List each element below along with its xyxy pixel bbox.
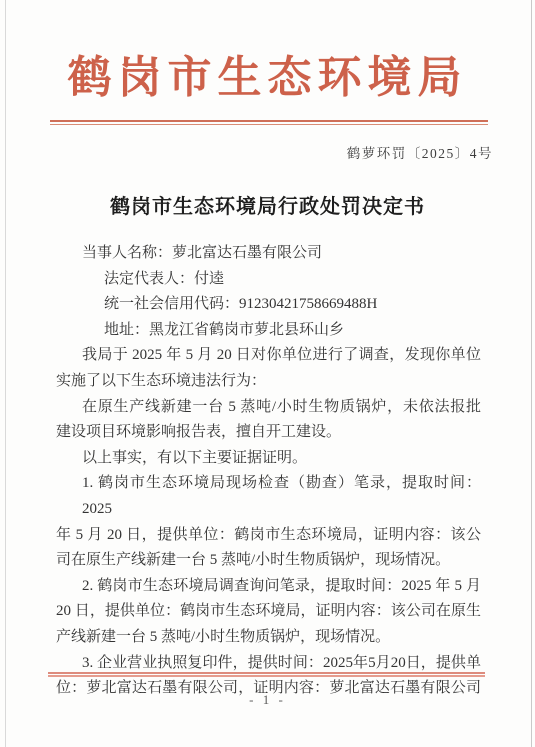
body-line: 年 5 月 20 日，提供单位：鹤岗市生态环境局，证明内容：该公 xyxy=(56,523,481,549)
document-body: 当事人名称：萝北富达石墨有限公司法定代表人：付逵统一社会信用代码：9123042… xyxy=(56,241,481,702)
body-line: 我局于 2025 年 5 月 20 日对你单位进行了调查，发现你单位 xyxy=(56,343,481,369)
scan-edge-left xyxy=(5,0,6,747)
body-line: 在原生产线新建一台 5 蒸吨/小时生物质锅炉，未依法报批 xyxy=(56,395,481,421)
body-line: 司在原生产线新建一台 5 蒸吨/小时生物质锅炉，现场情况。 xyxy=(56,548,481,574)
body-line: 2. 鹤岗市生态环境局调查询问笔录，提取时间：2025 年 5 月 xyxy=(56,574,481,600)
document-page: 鹤岗市生态环境局 鹤萝环罚〔2025〕4号 鹤岗市生态环境局行政处罚决定书 当事… xyxy=(0,0,535,747)
body-line: 建设项目环境影响报告表，擅自开工建设。 xyxy=(56,420,481,446)
agency-letterhead: 鹤岗市生态环境局 xyxy=(0,50,535,106)
document-reference-number: 鹤萝环罚〔2025〕4号 xyxy=(347,142,493,162)
footer-rule-top xyxy=(48,672,485,674)
body-line: 实施了以下生态环境违法行为： xyxy=(56,369,481,395)
document-title: 鹤岗市生态环境局行政处罚决定书 xyxy=(0,190,535,219)
footer-rule-bottom xyxy=(48,675,485,677)
body-line: 20 日，提供单位：鹤岗市生态环境局，证明内容：该公司在原生 xyxy=(56,599,481,625)
body-line: 地址：黑龙江省鹤岗市萝北县环山乡 xyxy=(56,318,481,344)
body-line: 当事人名称：萝北富达石墨有限公司 xyxy=(56,241,481,267)
body-line: 以上事实，有以下主要证据证明。 xyxy=(56,446,481,472)
body-line: 1. 鹤岗市生态环境局现场检查（勘查）笔录，提取时间：2025 xyxy=(56,471,481,522)
letterhead-rule-top xyxy=(50,120,488,122)
body-line: 法定代表人：付逵 xyxy=(56,267,481,293)
body-line: 统一社会信用代码：91230421758669488H xyxy=(56,292,481,318)
footer-rule xyxy=(48,672,485,677)
letterhead-rule-bottom xyxy=(50,124,488,125)
page-number: - 1 - xyxy=(0,692,535,708)
body-line: 产线新建一台 5 蒸吨/小时生物质锅炉，现场情况。 xyxy=(56,625,481,651)
letterhead-rule xyxy=(50,120,488,125)
scan-edge-right xyxy=(531,0,532,747)
